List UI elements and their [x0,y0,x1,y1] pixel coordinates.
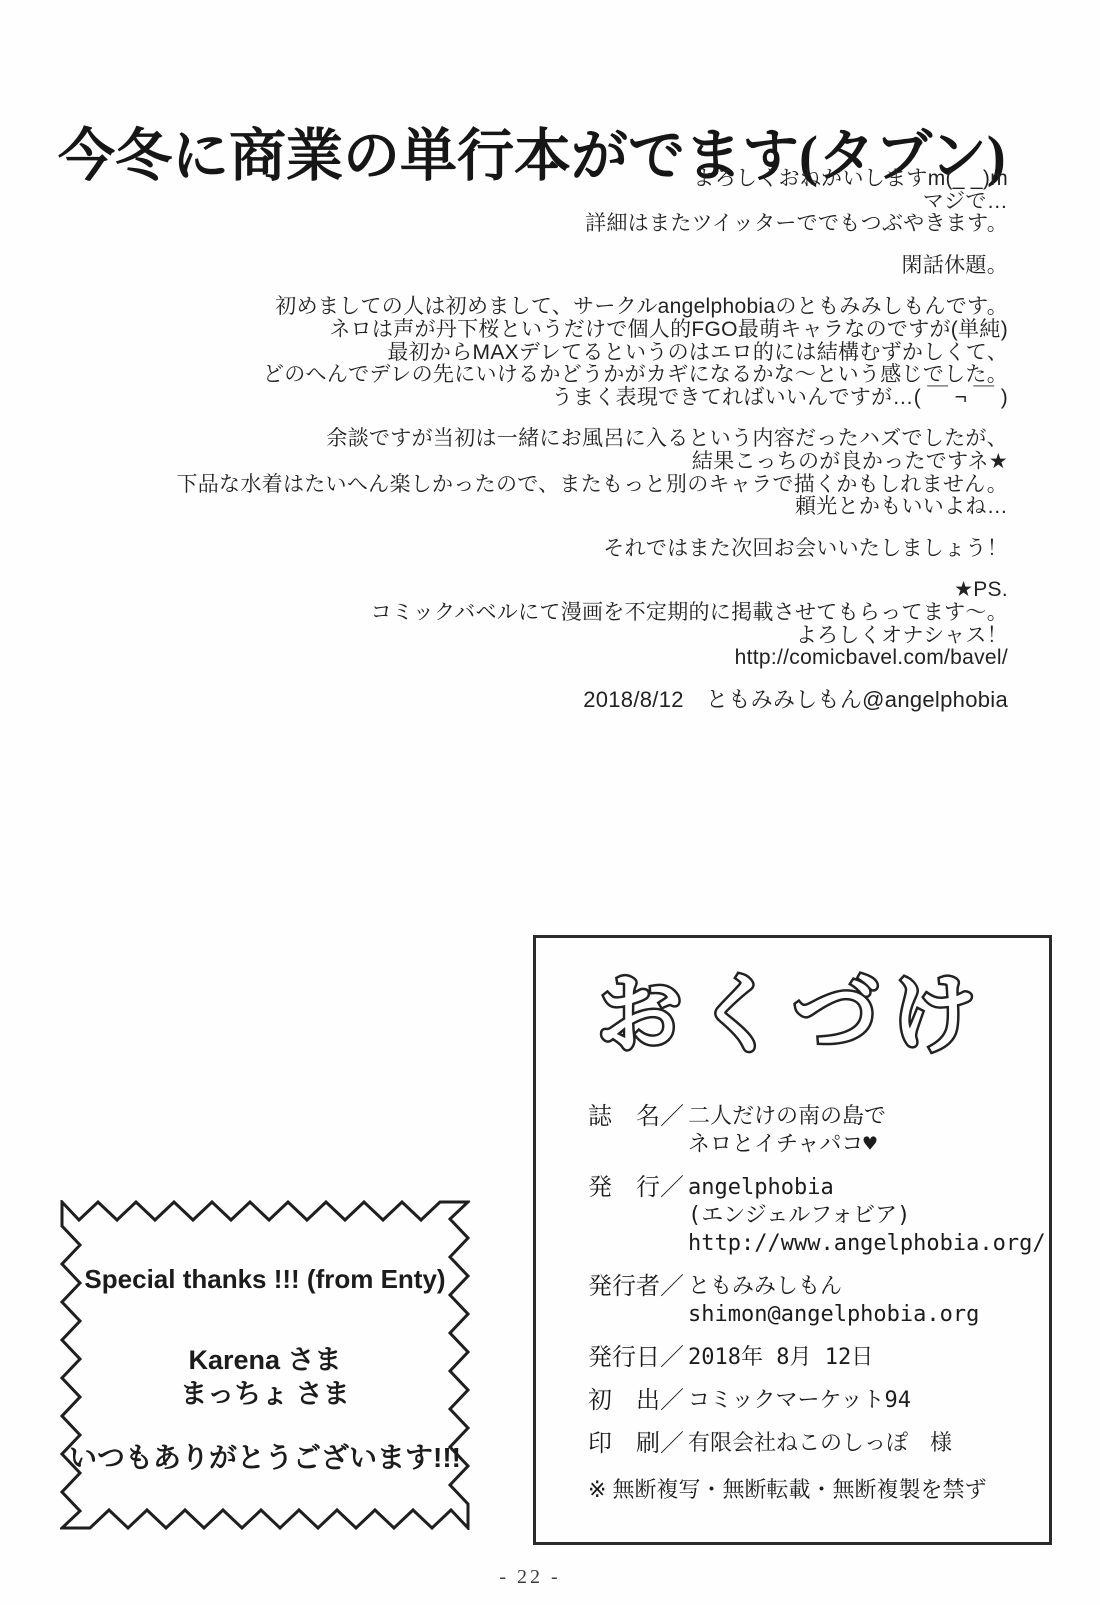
colophon-row: 発行日／ 2018年 8月 12日 [588,1344,1049,1372]
colophon-value: http://www.angelphobia.org/ [688,1230,1046,1258]
colophon-value: (エンジェルフォビア) [688,1202,1046,1230]
colophon-value: ともみみしもん [688,1273,979,1301]
colophon-values: 2018年 8月 12日 [688,1344,873,1372]
afterword-line: 下品な水着はたいへん楽しかったので、またもっと別のキャラで描くかもしれません。 [40,474,1008,497]
colophon-label: 初 出／ [588,1387,688,1415]
thanks-title: Special thanks !!! (from Enty) [60,1264,470,1295]
afterword-block: 余談ですが当初は一緒にお風呂に入るという内容だったハズでしたが、 結果こっちのが… [40,428,1008,518]
special-thanks-box: Special thanks !!! (from Enty) Karena さま… [60,1200,470,1530]
colophon-values: 有限会社ねこのしっぽ 様 [688,1430,952,1458]
colophon-rows: 誌 名／ 二人だけの南の島で ネロとイチャパコ♥ 発 行／ angelphobi… [588,1103,1049,1458]
afterword-line: マジで… [40,191,1008,214]
colophon-value: コミックマーケット94 [688,1387,911,1415]
colophon-notice: ※ 無断複写・無断転載・無断複製を禁ず [588,1473,1049,1504]
colophon-row: 初 出／ コミックマーケット94 [588,1387,1049,1415]
afterword-line: どのへんでデレの先にいけるかどうかがカギになるかな～という感じでした。 [40,364,1008,387]
page-number: - 22 - [0,1566,1060,1589]
afterword-block: 閑話休題。 [40,255,1008,278]
colophon-values: angelphobia (エンジェルフォビア) http://www.angel… [688,1174,1046,1258]
thanks-message: いつもありがとうございます!!! [60,1436,470,1476]
colophon-box: おくづけ 誌 名／ 二人だけの南の島で ネロとイチャパコ♥ 発 行／ angel… [533,935,1052,1545]
colophon-label: 誌 名／ [588,1103,688,1131]
colophon-label: 発行日／ [588,1344,688,1372]
afterword-line: よろしくおねがいしますm(_ _)m [40,168,1008,191]
colophon-label: 発行者／ [588,1273,688,1301]
colophon-value: ネロとイチャパコ♥ [688,1131,886,1159]
colophon-row: 発行者／ ともみみしもん shimon@angelphobia.org [588,1273,1049,1329]
afterword-line: 詳細はまたツイッターででもつぶやきます。 [40,213,1008,236]
afterword-block: それではまた次回お会いいたしましょう！ [40,538,1008,561]
thanks-name: まっちょ さま [60,1372,470,1411]
colophon-label: 印 刷／ [588,1430,688,1458]
colophon-value: 有限会社ねこのしっぽ 様 [688,1430,952,1458]
colophon-row: 印 刷／ 有限会社ねこのしっぽ 様 [588,1430,1049,1458]
afterword-line: それではまた次回お会いいたしましょう！ [40,538,1008,561]
colophon-values: コミックマーケット94 [688,1387,911,1415]
afterword-line: 最初からMAXデレてるというのはエロ的には結構むずかしくて、 [40,342,1008,365]
afterword-page: 今冬に商業の単行本がでます(タブン) よろしくおねがいしますm(_ _)m マジ… [0,0,1100,1605]
colophon-value: angelphobia [688,1174,1046,1202]
colophon-value: shimon@angelphobia.org [688,1301,979,1329]
afterword-line: http://comicbavel.com/bavel/ [40,647,1008,670]
afterword-line: コミックバベルにて漫画を不定期的に掲載させてもらってます～。 [40,602,1008,625]
colophon-title-text: おくづけ [597,965,989,1065]
colophon-value: 二人だけの南の島で [688,1103,886,1131]
colophon-row: 誌 名／ 二人だけの南の島で ネロとイチャパコ♥ [588,1103,1049,1159]
afterword-line: 閑話休題。 [40,255,1008,278]
colophon-row: 発 行／ angelphobia (エンジェルフォビア) http://www.… [588,1174,1049,1258]
colophon-values: 二人だけの南の島で ネロとイチャパコ♥ [688,1103,886,1159]
afterword-line: ネロは声が丹下桜というだけで個人的FGO最萌キャラなのですが(単純) [40,319,1008,342]
afterword-block: 初めましての人は初めまして、サークルangelphobiaのともみみしもんです。… [40,296,1008,409]
colophon-values: ともみみしもん shimon@angelphobia.org [688,1273,979,1329]
colophon-title-art: おくづけ [536,948,1049,1073]
signature-line: 2018/8/12 ともみみしもん@angelphobia [40,689,1008,712]
colophon-title: おくづけ [536,948,1049,1073]
afterword-line: よろしくオナシャス！ [40,625,1008,648]
afterword-block: ★PS. コミックバベルにて漫画を不定期的に掲載させてもらってます～。 よろしく… [40,579,1008,669]
afterword-line: うまく表現できてればいいんですが…( ￣ ¬ ￣ ) [40,387,1008,410]
colophon-value: 2018年 8月 12日 [688,1344,873,1372]
afterword-line: ★PS. [40,579,1008,602]
afterword-line: 結果こっちのが良かったですネ★ [40,451,1008,474]
afterword-block: よろしくおねがいしますm(_ _)m マジで… 詳細はまたツイッターででもつぶや… [40,168,1008,236]
afterword-text: よろしくおねがいしますm(_ _)m マジで… 詳細はまたツイッターででもつぶや… [40,168,1008,711]
afterword-line: 頼光とかもいいよね… [40,496,1008,519]
afterword-line: 余談ですが当初は一緒にお風呂に入るという内容だったハズでしたが、 [40,428,1008,451]
colophon-label: 発 行／ [588,1174,688,1202]
afterword-line: 初めましての人は初めまして、サークルangelphobiaのともみみしもんです。 [40,296,1008,319]
